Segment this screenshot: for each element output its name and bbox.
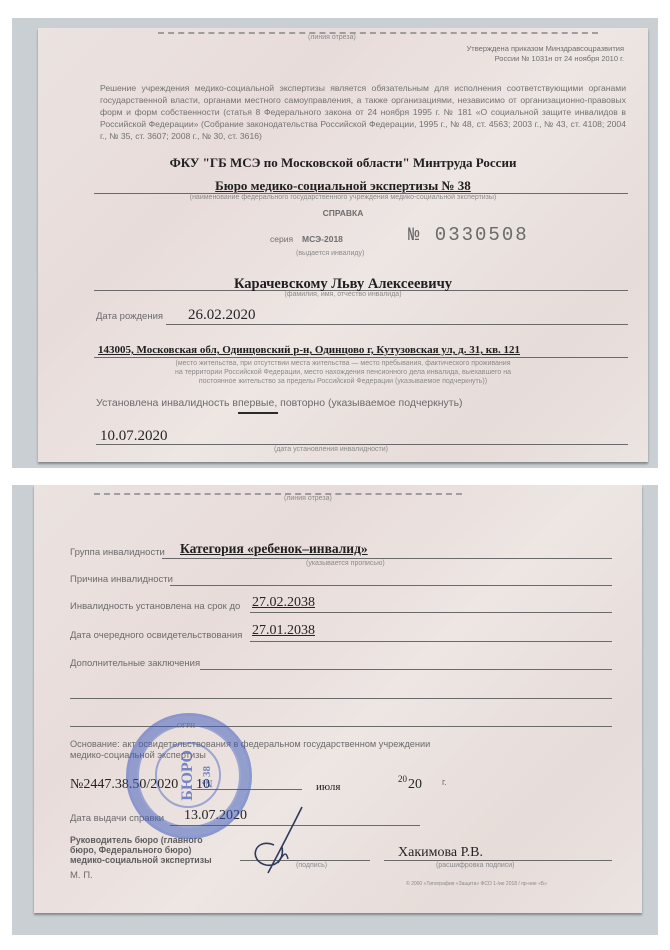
established-date-rule [96, 444, 628, 445]
document-photo-page-1: (линия отреза) Утверждена приказом Минзд… [12, 18, 658, 468]
act-year-suffix: 20 [408, 777, 422, 793]
act-year-prefix: 20 [398, 774, 407, 784]
signature-icon [244, 803, 324, 883]
reexam-label: Дата очередного освидетельствования [70, 630, 242, 641]
basis-line-1: Основание: акт освидетельствования в фед… [70, 739, 430, 750]
reexam-value: 27.01.2038 [252, 623, 315, 639]
signer-caption: (расшифровка подписи) [436, 862, 515, 869]
cut-line-caption: (линия отреза) [284, 495, 332, 502]
address-caption-line-3: постоянное жительство за пределы Российс… [38, 377, 648, 386]
birth-date-rule [166, 324, 628, 325]
basis-line-2: медико-социальной экспертизы [70, 750, 430, 761]
birth-date-value: 26.02.2020 [188, 307, 256, 324]
extra-conclusions-rule-2 [70, 698, 612, 699]
act-year-unit: г. [442, 777, 447, 787]
address-caption-line-1: (место жительства, при отсутствии места … [38, 359, 648, 368]
address-value: 143005, Московская обл, Одинцовский р-н,… [98, 344, 520, 356]
address-caption: (место жительства, при отсутствии места … [38, 359, 648, 386]
cut-line [94, 493, 462, 495]
certificate-front: (линия отреза) Утверждена приказом Минзд… [38, 28, 648, 462]
approval-note: Утверждена приказом Минздравсоцразвития … [467, 44, 624, 64]
disability-group-caption: (указывается прописью) [306, 560, 385, 567]
approval-line-2: России № 1031н от 24 ноября 2010 г. [467, 54, 624, 64]
reexam-rule [250, 641, 612, 642]
document-photo-page-2: (линия отреза) Группа инвалидности Катег… [12, 485, 658, 935]
basis-text: Основание: акт освидетельствования в фед… [70, 739, 430, 761]
cut-line [158, 32, 598, 34]
institution-caption: (наименование федерального государственн… [38, 194, 648, 201]
term-value: 27.02.2038 [252, 595, 315, 611]
disability-group-value: Категория «ребенок–инвалид» [180, 541, 368, 557]
established-label: Установлена инвалидность впервые, повтор… [96, 397, 463, 409]
head-title: Руководитель бюро (главного бюро, Федера… [70, 835, 212, 865]
stamp-place-label: М. П. [70, 870, 93, 881]
series-label: серия [270, 234, 293, 244]
address-caption-line-2: на территории Российской Федерации, мест… [38, 368, 648, 377]
document-title: СПРАВКА [38, 208, 648, 218]
issued-caption: (выдается инвалиду) [296, 250, 364, 257]
disability-cause-label: Причина инвалидности [70, 574, 173, 585]
institution-name: ФКУ "ГБ МСЭ по Московской области" Минтр… [38, 155, 648, 171]
bureau-name: Бюро медико-социальной экспертизы № 38 [38, 178, 648, 194]
birth-date-label: Дата рождения [96, 311, 163, 322]
disability-group-rule [162, 558, 612, 559]
head-line-3: медико-социальной экспертизы [70, 855, 212, 865]
stamp-main-text: БЮРО [179, 750, 197, 801]
approval-line-1: Утверждена приказом Минздравсоцразвития [467, 44, 624, 54]
recipient-caption: (фамилия, имя, отчество инвалида) [38, 291, 648, 298]
established-date-caption: (дата установления инвалидности) [274, 446, 388, 453]
act-month: июля [316, 781, 340, 793]
cut-line-caption: (линия отреза) [308, 34, 356, 41]
signer-name: Хакимова Р.В. [398, 845, 483, 861]
stamp-number-text: №38 [201, 766, 213, 789]
stamp-ring-text: ОГРН [177, 722, 195, 730]
official-stamp: ОГРН БЮРО №38 [126, 713, 252, 839]
term-rule [250, 612, 612, 613]
term-label: Инвалидность установлена на срок до [70, 601, 240, 612]
legal-notice: Решение учреждения медико-социальной экс… [100, 82, 626, 142]
printer-note: © 2000 «Типография «Защита» ФСО 1-/ие 20… [406, 881, 547, 887]
certificate-number: № 0330508 [408, 224, 529, 246]
address-rule [94, 357, 628, 358]
extra-conclusions-rule-1 [200, 669, 612, 670]
extra-conclusions-label: Дополнительные заключения [70, 658, 200, 669]
first-time-underline [238, 412, 278, 414]
disability-group-label: Группа инвалидности [70, 547, 165, 558]
certificate-back: (линия отреза) Группа инвалидности Катег… [34, 485, 642, 913]
established-date-value: 10.07.2020 [100, 428, 168, 445]
disability-cause-rule [170, 585, 612, 586]
head-line-2: бюро, Федерального бюро) [70, 845, 212, 855]
series-value: МСЭ-2018 [302, 234, 343, 244]
